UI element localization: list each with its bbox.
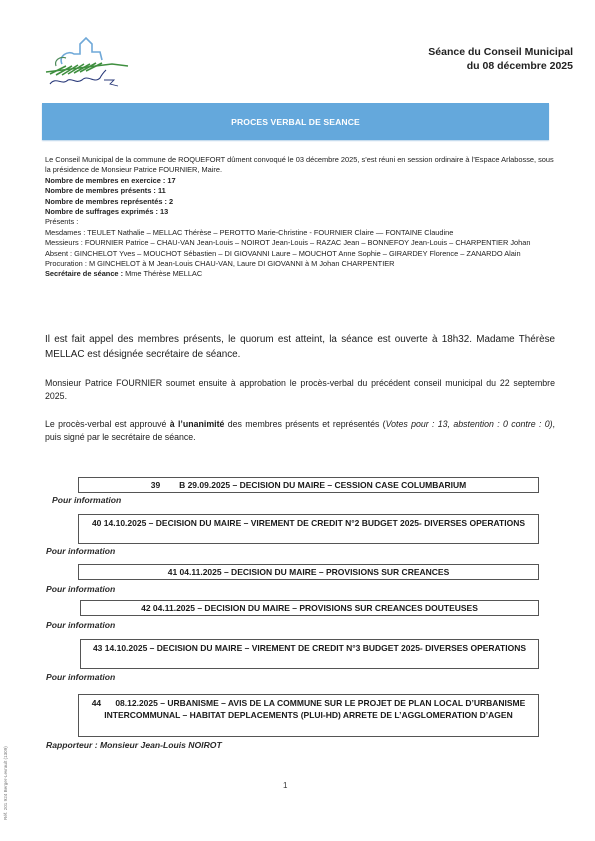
session-header: Séance du Conseil Municipal du 08 décemb… <box>428 45 573 73</box>
convocation-text: Le Conseil Municipal de la commune de RO… <box>45 155 555 176</box>
stat-members-exercise: Nombre de membres en exercice : 17 <box>45 176 555 186</box>
agenda-item-41: 41 04.11.2025 – DECISION DU MAIRE – PROV… <box>78 564 539 580</box>
agenda-item-42: 42 04.11.2025 – DECISION DU MAIRE – PROV… <box>80 600 539 616</box>
intro-section: Le Conseil Municipal de la commune de RO… <box>45 155 555 280</box>
stat-members-present: Nombre de membres présents : 11 <box>45 186 555 196</box>
approval-votes: Votes pour : 13, abstention : 0 contre :… <box>386 419 553 429</box>
agenda-note-41: Pour information <box>46 584 115 594</box>
agenda-item-40: 40 14.10.2025 – DECISION DU MAIRE – VIRE… <box>78 514 539 544</box>
agenda-item-43: 43 14.10.2025 – DECISION DU MAIRE – VIRE… <box>80 639 539 669</box>
session-title: Séance du Conseil Municipal <box>428 45 573 59</box>
quorum-paragraph: Il est fait appel des membres présents, … <box>45 333 555 362</box>
agenda-note-40: Pour information <box>46 546 115 556</box>
approval-paragraph: Le procès-verbal est approuvé à l’unanim… <box>45 418 555 444</box>
mesdames-list: Mesdames : TEULET Nathalie – MELLAC Thér… <box>45 228 555 238</box>
title-banner: PROCES VERBAL DE SEANCE <box>42 103 549 140</box>
approval-request-paragraph: Monsieur Patrice FOURNIER soumet ensuite… <box>45 377 555 403</box>
secretaire-value: Mme Thérèse MELLAC <box>123 269 202 278</box>
agenda-item-44: 44 08.12.2025 – URBANISME – AVIS DE LA C… <box>78 694 539 737</box>
agenda-note-43: Pour information <box>46 672 115 682</box>
approval-unanimity: à l’unanimité <box>170 419 225 429</box>
absents-list: Absent : GINCHELOT Yves – MOUCHOT Sébast… <box>45 249 555 259</box>
banner-title: PROCES VERBAL DE SEANCE <box>231 117 360 127</box>
side-reference: Réf. 201 924 Berger-Levrault (1309) <box>3 746 8 820</box>
approval-mid: des membres présents et représentés ( <box>224 419 385 429</box>
messieurs-list: Messieurs : FOURNIER Patrice – CHAU-VAN … <box>45 238 555 248</box>
session-date: du 08 décembre 2025 <box>428 59 573 73</box>
roquefort-logo: Roquefort <box>42 34 142 90</box>
secretaire-line: Secrétaire de séance : Mme Thérèse MELLA… <box>45 269 555 279</box>
page-number: 1 <box>283 781 287 790</box>
agenda-note-42: Pour information <box>46 620 115 630</box>
agenda-note-39: Pour information <box>52 495 121 505</box>
procuration-text: Procuration : M GINCHELOT à M Jean-Louis… <box>45 259 555 269</box>
approval-pre: Le procès-verbal est approuvé <box>45 419 170 429</box>
secretaire-label: Secrétaire de séance : <box>45 269 123 278</box>
agenda-rapporteur-44: Rapporteur : Monsieur Jean-Louis NOIROT <box>46 740 222 750</box>
presents-label: Présents : <box>45 217 555 227</box>
stat-members-represented: Nombre de membres représentés : 2 <box>45 197 555 207</box>
stat-votes-cast: Nombre de suffrages exprimés : 13 <box>45 207 555 217</box>
agenda-item-39: 39 B 29.09.2025 – DECISION DU MAIRE – CE… <box>78 477 539 493</box>
